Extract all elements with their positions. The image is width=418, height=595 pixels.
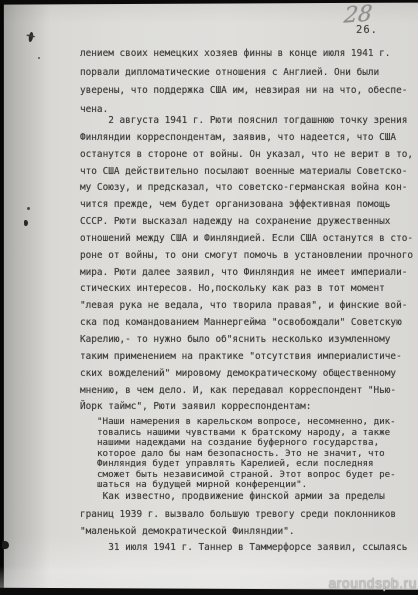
typed-page-number: 26. (356, 24, 378, 36)
ink-speck (2, 541, 9, 549)
paragraph-ryti-statement: 2 августа 1941 г. Рюти пояснил тогдашнюю… (80, 113, 413, 416)
watermark: aroundspb.ru (328, 575, 417, 591)
ink-speck (27, 207, 30, 210)
block-quote-ryti: "Наши намерения в карельском вопросе, не… (97, 417, 396, 491)
ink-speck (24, 220, 28, 226)
paragraph-tanner: 31 июля 1941 г. Таннер в Таммерфорсе зая… (80, 539, 407, 557)
scanned-document-page: 28 26. лением своих немецких хозяев финн… (0, 0, 418, 595)
page-left-shadow (4, 0, 50, 595)
ink-speck (38, 57, 40, 59)
paragraph-finnish-army: Как известно, продвижение финской армии … (80, 488, 396, 541)
paragraph-continuation: лением своих немецких хозяев финны в кон… (80, 45, 407, 119)
scan-edge-left (0, 0, 4, 595)
